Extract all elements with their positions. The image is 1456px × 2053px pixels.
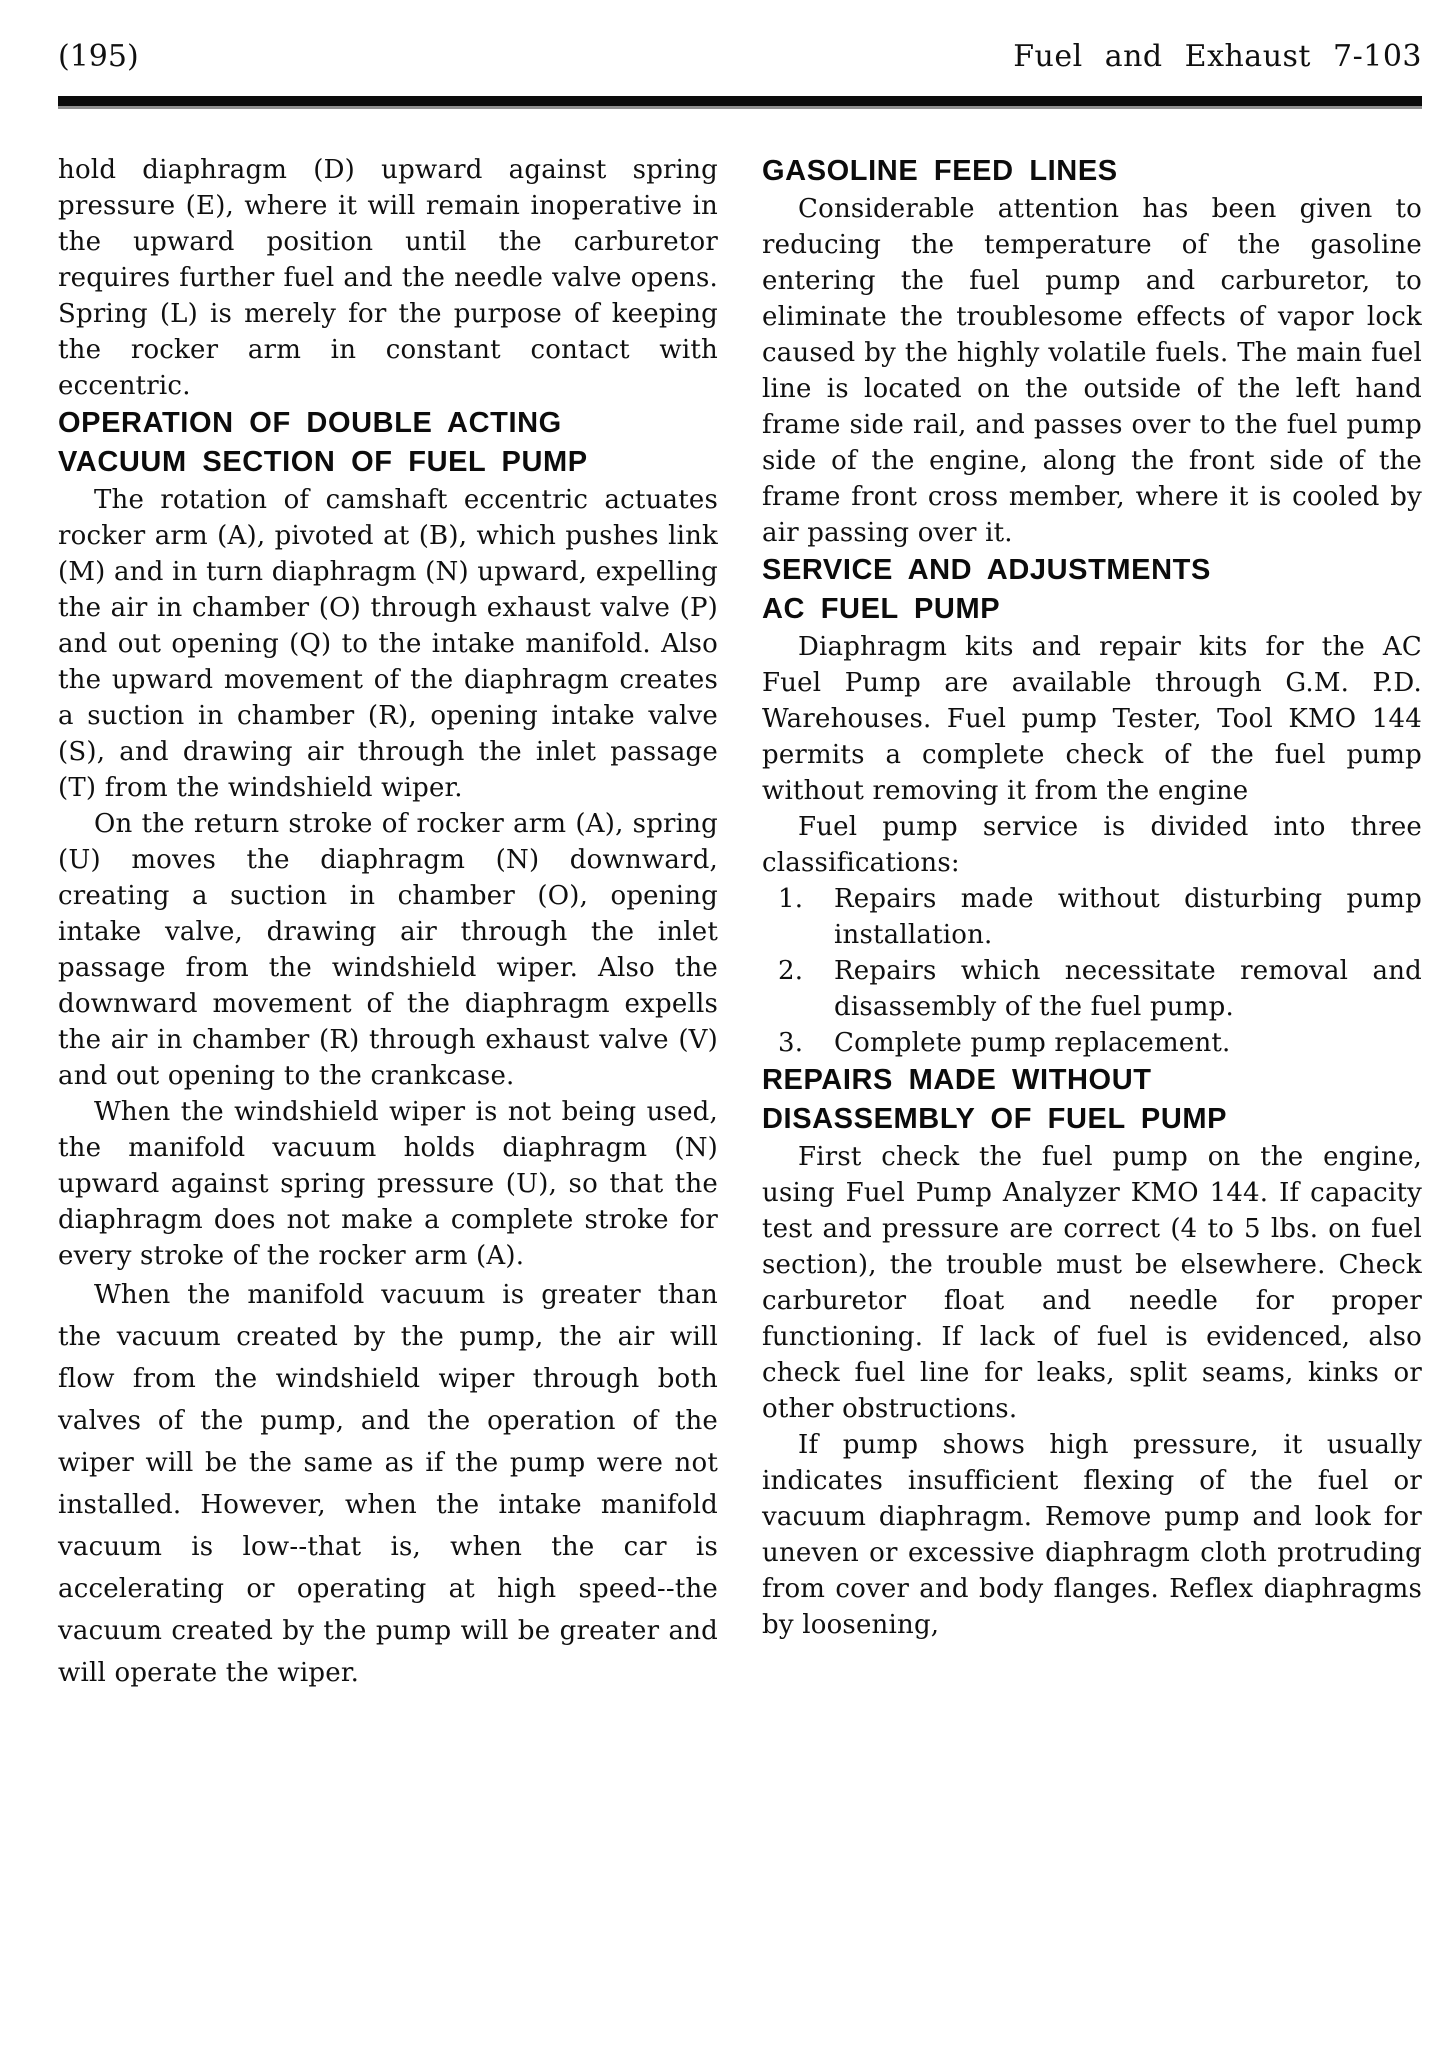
heading-line: VACUUM SECTION OF FUEL PUMP <box>58 443 718 482</box>
page-header: (195) Fuel and Exhaust 7-103 <box>58 40 1422 74</box>
right-column: GASOLINE FEED LINES Considerable attenti… <box>762 152 1422 1694</box>
paragraph-diaphragm-kits: Diaphragm kits and repair kits for the A… <box>762 629 1422 809</box>
paragraph-rotation: The rotation of camshaft eccentric actua… <box>58 482 718 806</box>
section-heading-service: SERVICE AND ADJUSTMENTS AC FUEL PUMP <box>762 551 1422 629</box>
heading-line: SERVICE AND ADJUSTMENTS <box>762 551 1422 590</box>
list-item: 3. Complete pump replacement. <box>762 1025 1422 1061</box>
paragraph-wiper-idle: When the windshield wiper is not being u… <box>58 1094 718 1274</box>
section-heading-repairs: REPAIRS MADE WITHOUT DISASSEMBLY OF FUEL… <box>762 1061 1422 1139</box>
list-item-number: 2. <box>778 953 803 989</box>
section-heading-operation: OPERATION OF DOUBLE ACTING VACUUM SECTIO… <box>58 404 718 482</box>
heading-line: REPAIRS MADE WITHOUT <box>762 1061 1422 1100</box>
paragraph-first-check: First check the fuel pump on the engine,… <box>762 1139 1422 1427</box>
classification-list: 1. Repairs made without disturbing pump … <box>762 881 1422 1061</box>
heading-line: OPERATION OF DOUBLE ACTING <box>58 404 718 443</box>
list-item: 2. Repairs which necessitate removal and… <box>762 953 1422 1025</box>
list-item-text: Repairs made without disturbing pump ins… <box>834 884 1422 950</box>
paragraph-return-stroke: On the return stroke of rocker arm (A), … <box>58 806 718 1094</box>
paragraph-diaphragm-hold: hold diaphragm (D) upward against spring… <box>58 152 718 404</box>
page-number: (195) <box>58 40 139 74</box>
list-item-text: Repairs which necessitate removal and di… <box>834 956 1422 1022</box>
header-rule <box>58 96 1422 106</box>
heading-line: AC FUEL PUMP <box>762 590 1422 629</box>
paragraph-high-pressure: If pump shows high pressure, it usually … <box>762 1427 1422 1643</box>
heading-line: GASOLINE FEED LINES <box>762 152 1422 191</box>
paragraph-manifold-vacuum: When the manifold vacuum is greater than… <box>58 1274 718 1694</box>
paragraph-service-classifications: Fuel pump service is divided into three … <box>762 809 1422 881</box>
list-item-number: 3. <box>778 1025 803 1061</box>
manual-page: (195) Fuel and Exhaust 7-103 hold diaphr… <box>0 0 1456 2053</box>
list-item-text: Complete pump replacement. <box>834 1028 1231 1058</box>
left-column: hold diaphragm (D) upward against spring… <box>58 152 718 1694</box>
paragraph-gasoline-lines: Considerable attention has been given to… <box>762 191 1422 551</box>
section-heading-gasoline: GASOLINE FEED LINES <box>762 152 1422 191</box>
heading-line: DISASSEMBLY OF FUEL PUMP <box>762 1100 1422 1139</box>
list-item: 1. Repairs made without disturbing pump … <box>762 881 1422 953</box>
list-item-number: 1. <box>778 881 803 917</box>
content-columns: hold diaphragm (D) upward against spring… <box>58 152 1422 1694</box>
chapter-title: Fuel and Exhaust 7-103 <box>1013 40 1422 74</box>
